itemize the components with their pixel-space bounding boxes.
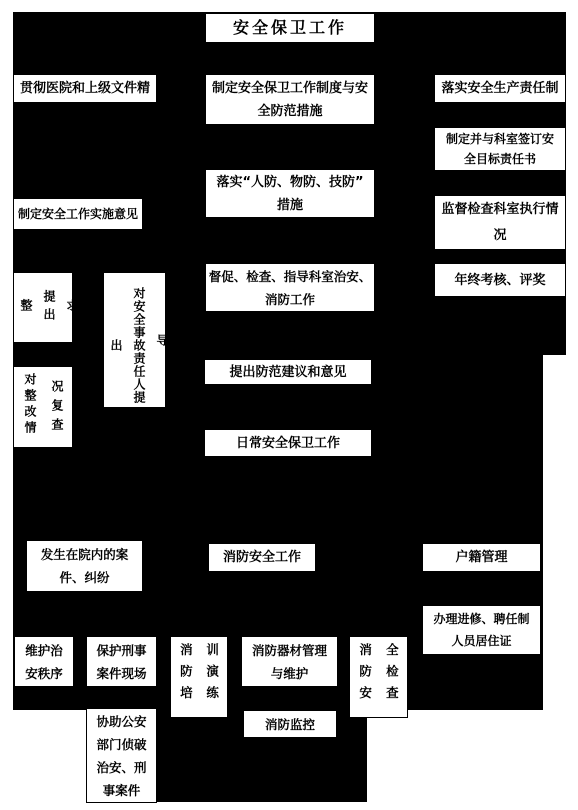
node-implement-hospital-documents: 贯彻医院和上级文件精 (13, 74, 157, 103)
node-fire-safety-work: 消防安全工作 (208, 543, 316, 572)
node-report-accident-handling-opinions: 对安全事故责任人提出 处理意见报分管院领导 (103, 272, 166, 408)
node-security-rules-and-measures: 制定安全保卫工作制度与安 全防范措施 (205, 74, 375, 125)
node-household-registration: 户籍管理 (422, 543, 541, 572)
node-assist-police-solve-cases: 协助公安 部门侦破 治安、刑 事案件 (86, 708, 157, 803)
node-incidents-disputes-in-hospital: 发生在院内的案 件、纠纷 (26, 540, 143, 592)
node-fire-safety-inspection: 消防安 全检查 (349, 636, 408, 718)
flowchart-canvas: 安全保卫工作 贯彻医院和上级文件精 制定安全保卫工作制度与安 全防范措施 落实安… (0, 0, 578, 810)
node-daily-security-work: 日常安全保卫工作 (204, 429, 372, 457)
node-maintain-public-order: 维护治 安秩序 (14, 636, 74, 687)
node-residence-permits: 办理进修、聘任制 人员居住证 (422, 605, 541, 655)
node-production-responsibility-system: 落实安全生产责任制 (434, 74, 566, 103)
node-renfang-wufang-jifang: 落实“人防、物防、技防” 措施 (205, 169, 375, 218)
node-fire-equipment-management: 消防器材管理 与维护 (241, 636, 338, 687)
node-year-end-appraisal: 年终考核、评奖 (434, 263, 566, 297)
node-work-implementation-opinions: 制定安全工作实施意见 (13, 198, 143, 230)
node-urge-check-guide-departments: 督促、检查、指导科室治安、 消防工作 (205, 263, 375, 312)
node-fire-monitoring: 消防监控 (243, 710, 337, 738)
node-fire-training-drills: 消防培 训演练 (170, 636, 228, 718)
node-recheck-rectification-status: 对整改情 况复查 (13, 366, 73, 448)
node-raise-rectification-requirements: 提出整 改要求 (13, 272, 73, 343)
node-supervise-department-execution: 监督检查科室执行情 况 (434, 195, 566, 250)
node-sign-target-responsibility: 制定并与科室签订安 全目标责任书 (434, 127, 566, 171)
node-protect-crime-scene: 保护刑事 案件现场 (86, 636, 157, 687)
node-prevention-suggestions: 提出防范建议和意见 (204, 359, 372, 385)
node-title: 安全保卫工作 (205, 13, 375, 43)
node-title-label: 安全保卫工作 (206, 15, 374, 41)
